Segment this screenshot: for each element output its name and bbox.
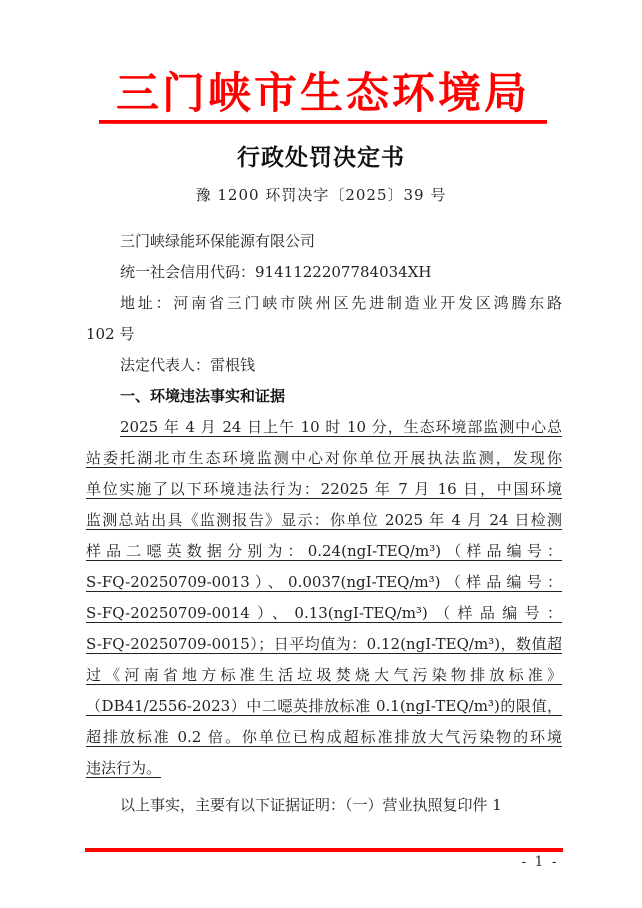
header-red-rule (99, 120, 547, 124)
facts-line: S-FQ-20250709-0015）；日平均值为：0.12(ngI-TEQ/m… (86, 629, 562, 660)
facts-line-text: S-FQ-20250709-0013）、0.0037(ngI-TEQ/m³)（样… (86, 573, 562, 591)
facts-line-text: S-FQ-20250709-0014）、0.13(ngI-TEQ/m³)（样品编… (86, 604, 562, 622)
facts-line-text: S-FQ-20250709-0015）；日平均值为：0.12(ngI-TEQ/m… (86, 635, 562, 653)
facts-line-text: 样品二噁英数据分别为：0.24(ngI-TEQ/m³)（样品编号： (86, 542, 562, 560)
credit-code-label: 统一社会信用代码： (120, 263, 255, 281)
facts-line-text: 过《河南省地方标准生活垃圾焚烧大气污染物排放标准》 (86, 666, 562, 684)
document-number: 豫 1200 环罚决字〔2025〕39 号 (0, 184, 642, 205)
document-body: 三门峡绿能环保能源有限公司 统一社会信用代码：9141122207784034X… (86, 226, 562, 821)
legal-rep-line: 法定代表人：雷根钱 (86, 350, 562, 381)
facts-line-text: 单位实施了以下环境违法行为：22025 年 7 月 16 日，中国环境 (86, 480, 562, 498)
document-title: 行政处罚决定书 (0, 139, 642, 172)
facts-line-text: 监测总站出具《监测报告》显示：你单位 2025 年 4 月 24 日检测 (86, 511, 562, 529)
company-name: 三门峡绿能环保能源有限公司 (86, 226, 562, 257)
facts-line: 过《河南省地方标准生活垃圾焚烧大气污染物排放标准》 (86, 660, 562, 691)
facts-line: 超排放标准 0.2 倍。你单位已构成超标准排放大气污染物的环境 (86, 722, 562, 753)
facts-line: 监测总站出具《监测报告》显示：你单位 2025 年 4 月 24 日检测 (86, 505, 562, 536)
facts-line: S-FQ-20250709-0013）、0.0037(ngI-TEQ/m³)（样… (86, 567, 562, 598)
facts-line: 2025 年 4 月 24 日上午 10 时 10 分，生态环境部监测中心总 (86, 412, 562, 443)
facts-line-text: 违法行为。 (86, 759, 161, 777)
facts-line: 站委托湖北市生态环境监测中心对你单位开展执法监测，发现你 (86, 443, 562, 474)
facts-line-text: （DB41/2556-2023）中二噁英排放标准 0.1(ngI-TEQ/m³)… (86, 697, 562, 715)
legal-rep-label: 法定代表人： (120, 356, 210, 374)
facts-line-text: 超排放标准 0.2 倍。你单位已构成超标准排放大气污染物的环境 (86, 728, 562, 746)
evidence-intro: 以上事实，主要有以下证据证明：（一）营业执照复印件 1 (86, 790, 562, 821)
footer-red-rule (85, 848, 563, 852)
legal-rep-value: 雷根钱 (210, 356, 255, 374)
facts-line: S-FQ-20250709-0014）、0.13(ngI-TEQ/m³)（样品编… (86, 598, 562, 629)
facts-line-text: 2025 年 4 月 24 日上午 10 时 10 分，生态环境部监测中心总 (120, 418, 562, 436)
agency-header: 三门峡市生态环境局 (99, 68, 547, 120)
facts-line: （DB41/2556-2023）中二噁英排放标准 0.1(ngI-TEQ/m³)… (86, 691, 562, 722)
facts-line: 单位实施了以下环境违法行为：22025 年 7 月 16 日，中国环境 (86, 474, 562, 505)
address-line-2: 102 号 (86, 319, 562, 350)
facts-line: 违法行为。 (86, 753, 562, 784)
credit-code-value: 9141122207784034XH (255, 263, 431, 281)
address-line-1: 地址：河南省三门峡市陕州区先进制造业开发区鸿腾东路 (86, 288, 562, 319)
facts-line-text: 站委托湖北市生态环境监测中心对你单位开展执法监测，发现你 (86, 449, 562, 467)
section-heading-facts: 一、环境违法事实和证据 (86, 381, 562, 412)
document-page: 三门峡市生态环境局 行政处罚决定书 豫 1200 环罚决字〔2025〕39 号 … (0, 0, 642, 908)
credit-code-line: 统一社会信用代码：9141122207784034XH (86, 257, 562, 288)
facts-line: 样品二噁英数据分别为：0.24(ngI-TEQ/m³)（样品编号： (86, 536, 562, 567)
page-number: - 1 - (510, 854, 570, 870)
